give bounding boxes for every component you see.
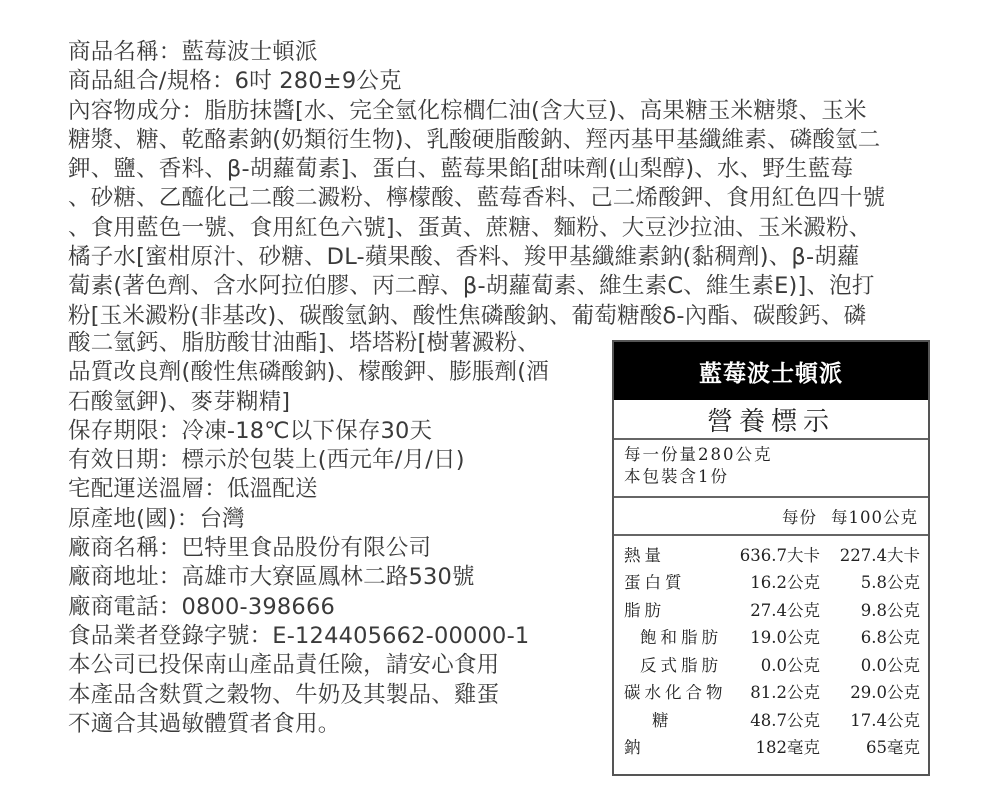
per-serving-value: 81.2公克 [724,679,820,703]
delivery-temp-line: 宅配運送溫層：低溫配送 [68,475,598,504]
nutrition-row-sugar: 糖 48.7公克 17.4公克 [614,705,928,733]
per-serving-value: 19.0公克 [724,624,820,648]
nutrition-row-protein: 蛋白質 16.2公克 5.8公克 [614,568,928,596]
per-serving-value: 48.7公克 [724,707,820,731]
nutrition-row-carbohydrate: 碳水化合物 81.2公克 29.0公克 [614,678,928,706]
per-100g-value: 227.4大卡 [820,542,920,566]
nutrient-name: 熱量 [614,542,724,566]
ingredients-line: 內容物成分：脂肪抹醬[水、完全氫化棕櫚仁油(含大豆)、高果糖玉米糖漿、玉米 [68,97,948,126]
ingredients-line: 、食用藍色一號、食用紅色六號]、蛋黃、蔗糖、麵粉、大豆沙拉油、玉米澱粉、 [68,214,948,243]
per-100g-value: 6.8公克 [820,624,920,648]
nutrition-column-headers: 每份 每100公克 [614,498,928,536]
per-serving-value: 16.2公克 [724,569,820,593]
serving-size: 每一份量280公克 [624,444,928,466]
origin-line: 原產地(國)：台灣 [68,505,598,534]
servings-per-package: 本包裝含1份 [624,466,928,488]
ingredients-line: 橘子水[蜜柑原汁、砂糖、DL-蘋果酸、香料、羧甲基纖維素鈉(黏稠劑)、β-胡蘿 [68,243,948,272]
nutrition-row-saturated-fat: 飽和脂肪 19.0公克 6.8公克 [614,623,928,651]
ingredients-line: 、砂糖、乙醯化己二酸二澱粉、檸檬酸、藍莓香料、己二烯酸鉀、食用紅色四十號 [68,184,948,213]
product-info-bottom: 酸二氫鈣、脂肪酸甘油酯]、塔塔粉[樹薯澱粉、 品質改良劑(酸性焦磷酸鈉)、檬酸鉀… [68,329,598,739]
nutrition-facts-table: 藍莓波士頓派 營養標示 每一份量280公克 本包裝含1份 每份 每100公克 熱… [612,340,930,776]
ingredients-line: 蔔素(著色劑、含水阿拉伯膠、丙二醇、β-胡蘿蔔素、維生素C、維生素E)]、泡打 [68,272,948,301]
ingredients-line: 鉀、鹽、香料、β-胡蘿蔔素]、蛋白、藍莓果餡[甜味劑(山梨醇)、水、野生藍莓 [68,155,948,184]
expiry-line: 有效日期：標示於包裝上(西元年/月/日) [68,446,598,475]
nutrient-name: 碳水化合物 [614,679,724,703]
nutrient-name: 反式脂肪 [614,652,724,676]
allergen-line: 不適合其過敏體質者食用。 [68,710,598,739]
product-name-line: 商品名稱：藍莓波士頓派 [68,38,948,67]
ingredients-line: 品質改良劑(酸性焦磷酸鈉)、檬酸鉀、膨脹劑(酒 [68,358,598,387]
nutrition-product-name: 藍莓波士頓派 [614,342,928,400]
ingredients-line: 石酸氫鉀)、麥芽糊精] [68,388,598,417]
per-100g-value: 17.4公克 [820,707,920,731]
per-100g-value: 29.0公克 [820,679,920,703]
nutrition-rows: 熱量 636.7大卡 227.4大卡 蛋白質 16.2公克 5.8公克 脂肪 2… [614,536,928,760]
product-info-top: 商品名稱：藍莓波士頓派 商品組合/規格：6吋 280±9公克 內容物成分：脂肪抹… [68,38,948,331]
manufacturer-phone-line: 廠商電話：0800-398666 [68,593,598,622]
nutrition-serving-info: 每一份量280公克 本包裝含1份 [614,440,928,498]
per-100g-value: 0.0公克 [820,652,920,676]
per-serving-value: 182毫克 [724,734,820,758]
ingredients-line: 粉[玉米澱粉(非基改)、碳酸氫鈉、酸性焦磷酸鈉、葡萄糖酸δ-內酯、碳酸鈣、磷 [68,302,948,331]
per-100g-value: 65毫克 [820,734,920,758]
ingredients-line: 酸二氫鈣、脂肪酸甘油酯]、塔塔粉[樹薯澱粉、 [68,329,598,358]
insurance-line: 本公司已投保南山產品責任險，請安心食用 [68,651,598,680]
nutrition-row-sodium: 鈉 182毫克 65毫克 [614,733,928,761]
nutrient-name: 糖 [614,707,724,731]
shelf-life-line: 保存期限：冷凍-18℃以下保存30天 [68,417,598,446]
nutrition-row-trans-fat: 反式脂肪 0.0公克 0.0公克 [614,650,928,678]
allergen-line: 本產品含麩質之穀物、牛奶及其製品、雞蛋 [68,681,598,710]
column-per-100g: 每100公克 [831,504,918,528]
nutrient-name: 飽和脂肪 [614,624,724,648]
ingredients-line: 糖漿、糖、乾酪素鈉(奶類衍生物)、乳酸硬脂酸鈉、羥丙基甲基纖維素、磷酸氫二 [68,126,948,155]
per-serving-value: 0.0公克 [724,652,820,676]
nutrient-name: 鈉 [614,734,724,758]
registration-number-line: 食品業者登錄字號：E-124405662-00000-1 [68,622,598,651]
column-per-serving: 每份 [782,504,817,528]
nutrition-row-calories: 熱量 636.7大卡 227.4大卡 [614,540,928,568]
per-serving-value: 27.4公克 [724,597,820,621]
nutrition-title: 營養標示 [614,400,928,440]
per-serving-value: 636.7大卡 [724,542,820,566]
per-100g-value: 9.8公克 [820,597,920,621]
product-spec-line: 商品組合/規格：6吋 280±9公克 [68,67,948,96]
nutrient-name: 蛋白質 [614,569,724,593]
per-100g-value: 5.8公克 [820,569,920,593]
nutrition-row-fat: 脂肪 27.4公克 9.8公克 [614,595,928,623]
nutrient-name: 脂肪 [614,597,724,621]
manufacturer-name-line: 廠商名稱：巴特里食品股份有限公司 [68,534,598,563]
manufacturer-address-line: 廠商地址：高雄市大寮區鳳林二路530號 [68,563,598,592]
